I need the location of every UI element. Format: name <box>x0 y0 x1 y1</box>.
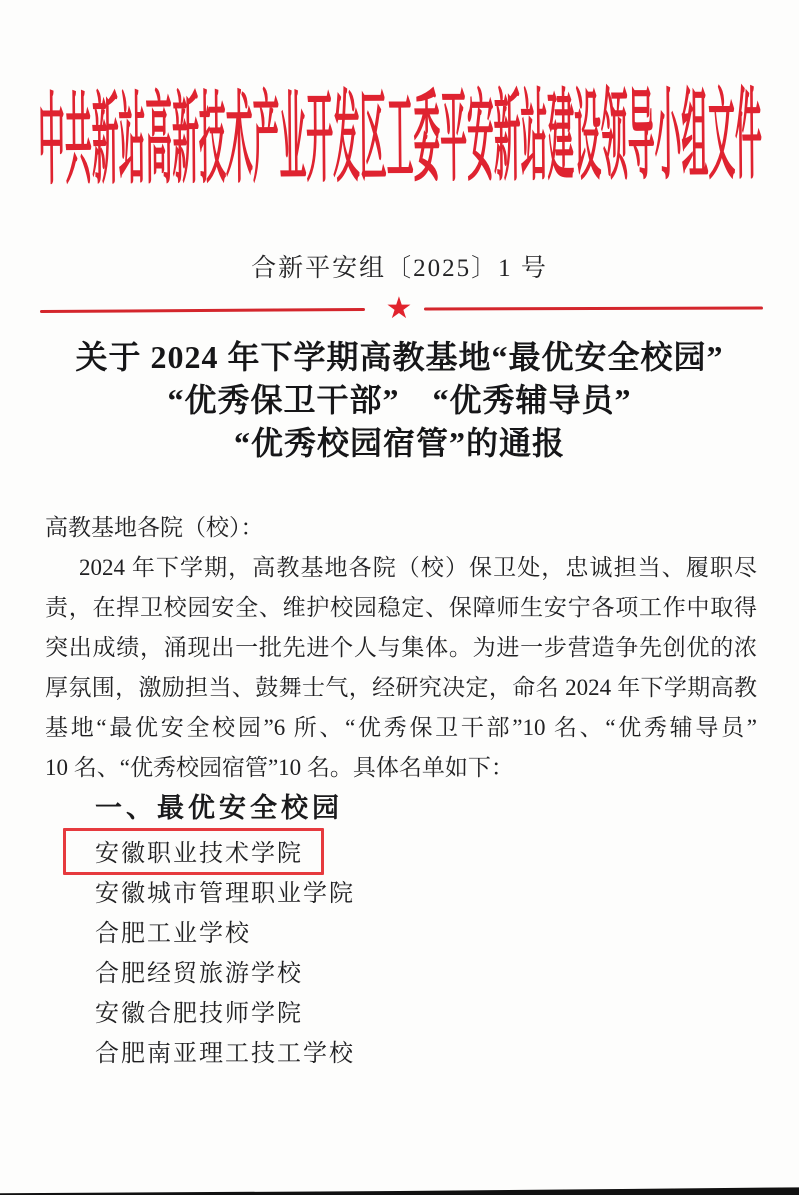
title-line-1: 关于 2024 年下学期高教基地“最优安全校园” <box>0 336 799 379</box>
star-icon: ★ <box>376 291 422 327</box>
school-name: 合肥南亚理工技工学校 <box>95 1034 355 1074</box>
school-name: 合肥工业学校 <box>95 914 355 954</box>
award-list: 一、最优安全校园 安徽职业技术学院 安徽城市管理职业学院 合肥工业学校 合肥经贸… <box>95 788 355 1074</box>
document-body: 高教基地各院（校）： 2024 年下学期，高教基地各院（校）保卫处，忠诚担当、履… <box>45 508 757 788</box>
school-name: 安徽城市管理职业学院 <box>95 874 355 914</box>
title-line-3: “优秀校园宿管”的通报 <box>0 422 799 465</box>
salutation: 高教基地各院（校）： <box>45 508 757 548</box>
red-highlight-box: 安徽职业技术学院 <box>63 828 324 875</box>
document-page: 中共新站高新技术产业开发区工委平安新站建设领导小组文件 合新平安组〔2025〕1… <box>0 0 799 1195</box>
separator-line-right <box>424 307 763 311</box>
section-heading-best-safe-campus: 一、最优安全校园 <box>95 788 355 828</box>
document-title: 关于 2024 年下学期高教基地“最优安全校园” “优秀保卫干部” “优秀辅导员… <box>0 336 799 465</box>
title-line-2: “优秀保卫干部” “优秀辅导员” <box>0 379 799 422</box>
highlighted-school-row: 安徽职业技术学院 <box>95 828 355 874</box>
separator-line-left <box>40 308 365 313</box>
issuing-authority-banner: 中共新站高新技术产业开发区工委平安新站建设领导小组文件 <box>37 83 761 195</box>
paragraph-line-2: 责，在捍卫校园安全、维护校园稳定、保障师生安宁各项工作中取得 <box>45 588 757 628</box>
paragraph-line-5: 基地“最优安全校园”6 所、“优秀保卫干部”10 名、“优秀辅导员” <box>45 708 757 748</box>
paragraph-line-1: 2024 年下学期，高教基地各院（校）保卫处，忠诚担当、履职尽 <box>45 548 757 588</box>
school-name: 安徽合肥技师学院 <box>95 994 355 1034</box>
scan-edge-shadow <box>0 1187 799 1195</box>
paragraph-line-4: 厚氛围，激励担当、鼓舞士气，经研究决定，命名 2024 年下学期高教 <box>45 668 757 708</box>
paragraph-line-6: 10 名、“优秀校园宿管”10 名。具体名单如下： <box>45 748 757 788</box>
school-name-highlighted: 安徽职业技术学院 <box>95 841 303 867</box>
school-name: 合肥经贸旅游学校 <box>95 954 355 994</box>
paragraph-line-3: 突出成绩，涌现出一批先进个人与集体。为进一步营造争先创优的浓 <box>45 628 757 668</box>
document-number: 合新平安组〔2025〕1 号 <box>0 253 799 285</box>
